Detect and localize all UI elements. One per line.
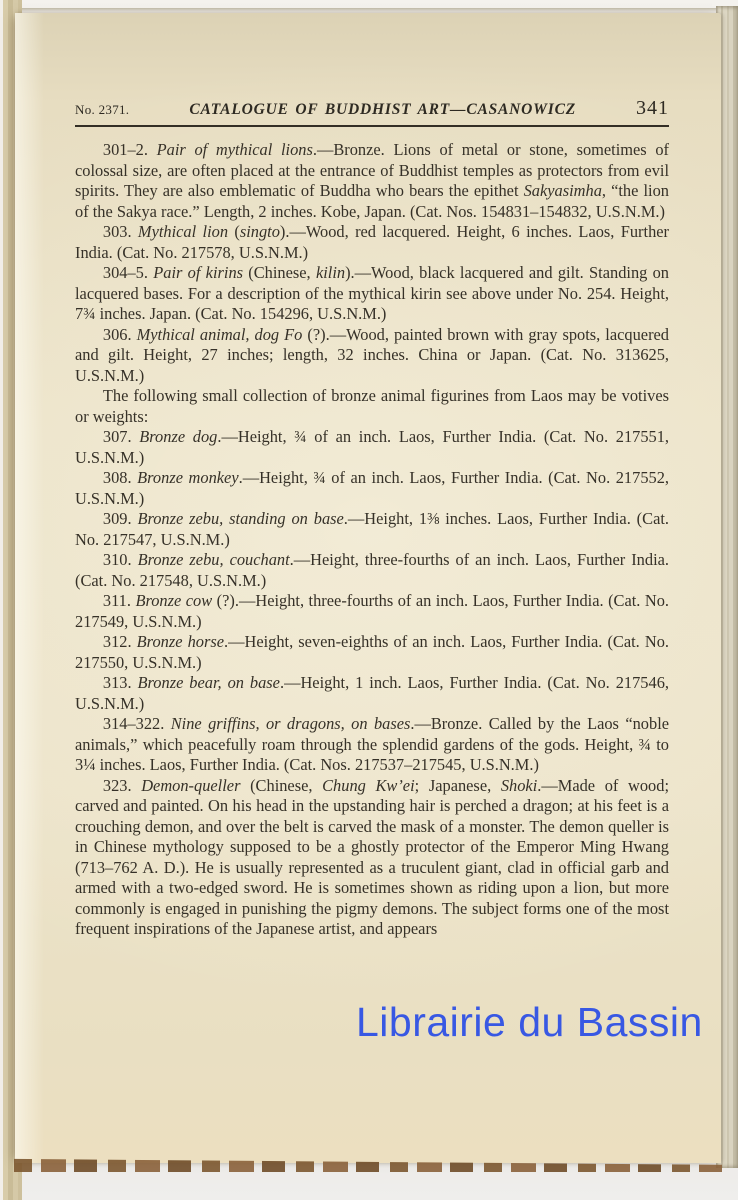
entry-title-segment: Bronze monkey	[137, 468, 238, 487]
entry-title-segment: Bronze dog	[139, 427, 217, 446]
book-top-edge	[0, 8, 738, 12]
catalog-entry: 306. Mythical animal, dog Fo (?).—Wood, …	[75, 325, 669, 387]
page-number: 341	[636, 97, 669, 120]
entry-text-segment: ; Japanese,	[415, 776, 501, 795]
entry-text-segment: 313.	[103, 673, 138, 692]
entry-text-segment: 314–322.	[103, 714, 171, 733]
entry-title-segment: Pair of kirins	[153, 263, 243, 282]
catalog-entry: 301–2. Pair of mythical lions.—Bronze. L…	[75, 140, 669, 222]
entry-text-segment: 301–2.	[103, 140, 157, 159]
entry-title-segment: Bronze zebu, standing on base	[137, 509, 343, 528]
catalog-entry: The following small collection of bronze…	[75, 386, 669, 427]
entry-title-segment: Shoki	[501, 776, 537, 795]
entry-title-segment: Bronze horse	[137, 632, 224, 651]
entry-title-segment: Mythical animal, dog Fo	[137, 325, 303, 344]
entry-text-segment: 311.	[103, 591, 136, 610]
entry-text-segment: 312.	[103, 632, 137, 651]
entry-text-segment: 323.	[103, 776, 141, 795]
catalog-entry: 309. Bronze zebu, standing on base.—Heig…	[75, 509, 669, 550]
entry-text-segment: 308.	[103, 468, 137, 487]
entry-text-segment: (	[228, 222, 240, 241]
entry-title-segment: Pair of mythical lions	[157, 140, 313, 159]
entry-text-segment: (Chinese,	[240, 776, 322, 795]
catalog-entry: 314–322. Nine griffins, or dragons, on b…	[75, 714, 669, 776]
book-page: No. 2371. CATALOGUE OF BUDDHIST ART—CASA…	[15, 13, 721, 1163]
entry-title-segment: Sakyasimha	[524, 181, 602, 200]
entry-text-segment: 307.	[103, 427, 139, 446]
entry-text-segment: 303.	[103, 222, 138, 241]
catalog-entry: 313. Bronze bear, on base.—Height, 1 inc…	[75, 673, 669, 714]
entry-text-segment: (Chinese,	[243, 263, 316, 282]
running-head-title: CATALOGUE OF BUDDHIST ART—CASANOWICZ	[129, 101, 636, 119]
entry-text-segment: 309.	[103, 509, 138, 528]
catalog-entry: 323. Demon-queller (Chinese, Chung Kw’ei…	[75, 776, 669, 940]
catalog-entry: 307. Bronze dog.—Height, ¾ of an inch. L…	[75, 427, 669, 468]
entry-title-segment: Demon-queller	[141, 776, 240, 795]
entry-title-segment: Bronze cow	[135, 591, 212, 610]
entry-text-segment: The following small collection of bronze…	[75, 386, 669, 426]
book-photo: No. 2371. CATALOGUE OF BUDDHIST ART—CASA…	[0, 0, 738, 1200]
issue-number: No. 2371.	[75, 102, 129, 118]
entry-title-segment: Chung Kw’ei	[322, 776, 415, 795]
catalog-entry: 311. Bronze cow (?).—Height, three-fourt…	[75, 591, 669, 632]
entry-title-segment: Nine griffins, or dragons, on bases	[171, 714, 411, 733]
catalog-entry: 312. Bronze horse.—Height, seven-eighths…	[75, 632, 669, 673]
entry-title-segment: kilin	[316, 263, 345, 282]
catalog-entry: 303. Mythical lion (singto).—Wood, red l…	[75, 222, 669, 263]
watermark-text: Librairie du Bassin	[356, 999, 703, 1046]
entry-text-segment: .—Made of wood; carved and painted. On h…	[75, 776, 669, 939]
page-content: No. 2371. CATALOGUE OF BUDDHIST ART—CASA…	[75, 97, 669, 940]
entry-text-segment: 310.	[103, 550, 138, 569]
entry-title-segment: Bronze zebu, couchant	[138, 550, 290, 569]
entry-title-segment: singto	[240, 222, 280, 241]
entry-title-segment: Bronze bear, on base	[138, 673, 280, 692]
entry-text-segment: 304–5.	[103, 263, 153, 282]
running-head: No. 2371. CATALOGUE OF BUDDHIST ART—CASA…	[75, 97, 669, 120]
catalog-entry: 308. Bronze monkey.—Height, ¾ of an inch…	[75, 468, 669, 509]
catalog-entry: 304–5. Pair of kirins (Chinese, kilin).—…	[75, 263, 669, 325]
header-rule	[75, 125, 669, 127]
entry-title-segment: Mythical lion	[138, 222, 228, 241]
catalog-text: 301–2. Pair of mythical lions.—Bronze. L…	[75, 140, 669, 940]
catalog-entry: 310. Bronze zebu, couchant.—Height, thre…	[75, 550, 669, 591]
entry-text-segment: 306.	[103, 325, 137, 344]
